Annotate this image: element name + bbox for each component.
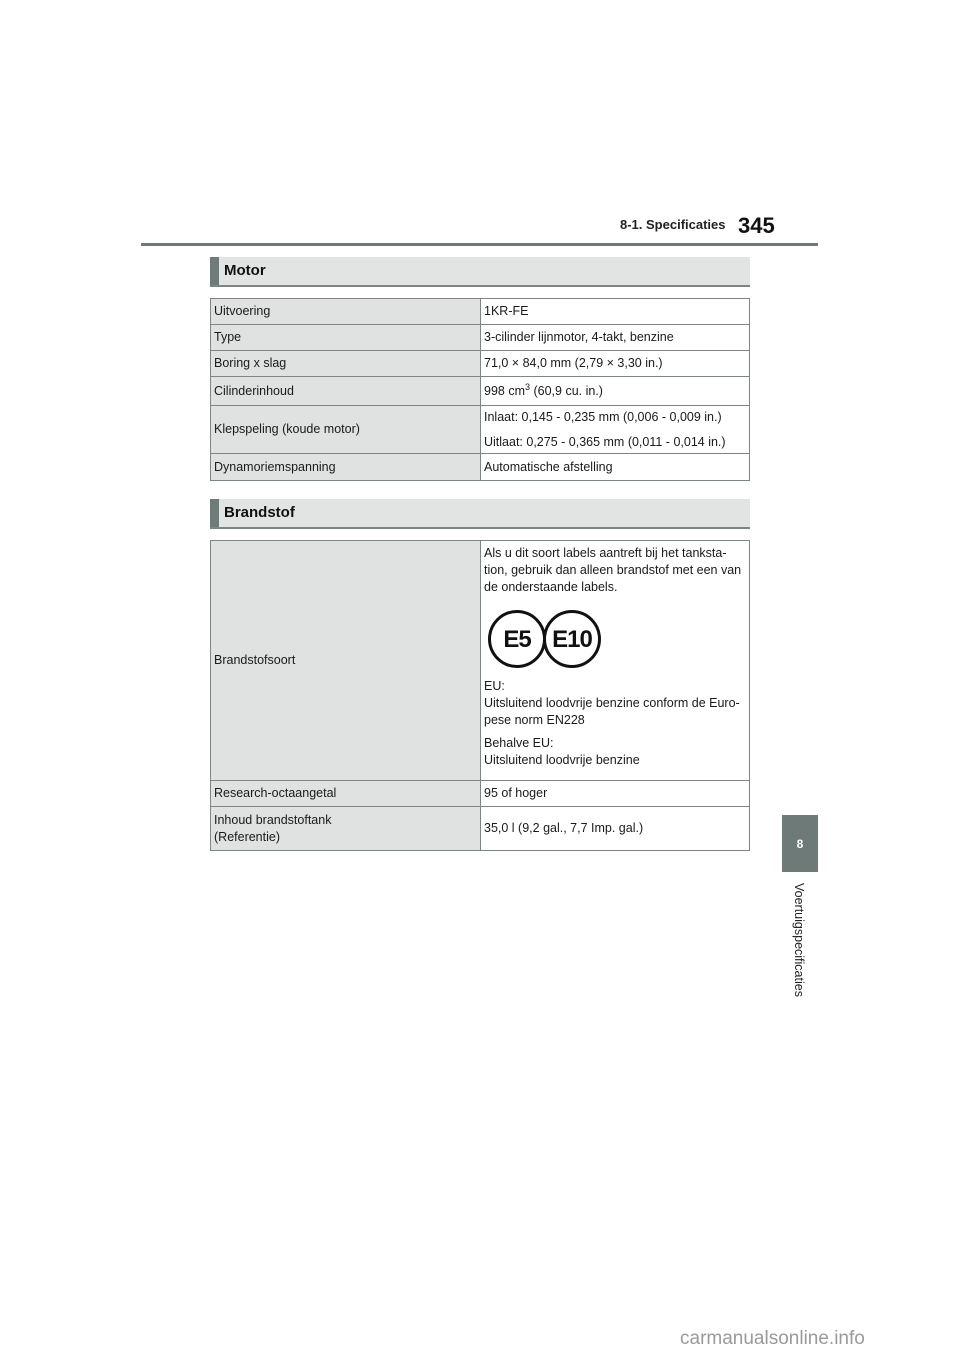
non-eu-heading: Behalve EU: (484, 735, 746, 752)
table-row: Klepspeling (koude motor) Inlaat: 0,145 … (211, 406, 750, 454)
spec-value: 95 of hoger (481, 781, 750, 807)
spec-label: Inhoud brandstoftank (Referentie) (211, 807, 481, 851)
table-row: Dynamoriemspanning Automatische afstelli… (211, 454, 750, 481)
table-row: Research-octaangetal 95 of hoger (211, 781, 750, 807)
table-row: Inhoud brandstoftank (Referentie) 35,0 l… (211, 807, 750, 851)
spec-value: 71,0 × 84,0 mm (2,79 × 3,30 in.) (481, 351, 750, 377)
eu-heading: EU: (484, 678, 746, 695)
spec-value: Inlaat: 0,145 - 0,235 mm (0,006 - 0,009 … (481, 406, 750, 454)
spec-value: 3-cilinder lijnmotor, 4-takt, benzine (481, 325, 750, 351)
section-heading-brandstof: Brandstof (210, 499, 750, 529)
spec-label: Type (211, 325, 481, 351)
spec-value: 1KR-FE (481, 299, 750, 325)
table-row: Type 3-cilinder lijnmotor, 4-takt, benzi… (211, 325, 750, 351)
label-line: (Referentie) (214, 829, 477, 846)
table-row: Boring x slag 71,0 × 84,0 mm (2,79 × 3,3… (211, 351, 750, 377)
table-row: Uitvoering 1KR-FE (211, 299, 750, 325)
section-accent-bar (210, 499, 219, 527)
chapter-tab[interactable]: 8 (782, 815, 818, 872)
spec-value: 998 cm3 (60,9 cu. in.) (481, 377, 750, 406)
fuel-labels: E5 E10 (488, 610, 746, 668)
spec-value: 35,0 l (9,2 gal., 7,7 Imp. gal.) (481, 807, 750, 851)
spec-label: Cilinderinhoud (211, 377, 481, 406)
spec-label: Brandstofsoort (211, 541, 481, 781)
fuel-label-e10-icon: E10 (543, 610, 601, 668)
section-accent-bar (210, 257, 219, 285)
section-title: Brandstof (224, 504, 295, 521)
motor-spec-table: Uitvoering 1KR-FE Type 3-cilinder lijnmo… (210, 298, 750, 481)
label-line: Inhoud brandstoftank (214, 812, 477, 829)
section-heading-motor: Motor (210, 257, 750, 287)
watermark: carmanualsonline.info (680, 1328, 865, 1350)
spec-label: Boring x slag (211, 351, 481, 377)
value-text: (60,9 cu. in.) (530, 384, 603, 398)
spec-label: Dynamoriemspanning (211, 454, 481, 481)
table-row: Cilinderinhoud 998 cm3 (60,9 cu. in.) (211, 377, 750, 406)
spec-value: Als u dit soort labels aantreft bij het … (481, 541, 750, 781)
value-line: Inlaat: 0,145 - 0,235 mm (0,006 - 0,009 … (484, 409, 746, 426)
value-text: 998 cm (484, 384, 525, 398)
table-row: Brandstofsoort Als u dit soort labels aa… (211, 541, 750, 781)
header-rule (141, 243, 818, 246)
eu-text: Uitsluitend loodvrije benzine conform de… (484, 695, 746, 729)
spec-label: Uitvoering (211, 299, 481, 325)
non-eu-text: Uitsluitend loodvrije benzine (484, 752, 746, 769)
chapter-tab-label: Voertuigspecificaties (792, 883, 806, 997)
spec-value: Automatische afstelling (481, 454, 750, 481)
value-line: Uitlaat: 0,275 - 0,365 mm (0,011 - 0,014… (484, 434, 746, 451)
fuel-label-e5-icon: E5 (488, 610, 546, 668)
fuel-spec-table: Brandstofsoort Als u dit soort labels aa… (210, 540, 750, 851)
section-title: Motor (224, 262, 266, 279)
running-header-section: 8-1. Specificaties (620, 217, 726, 232)
spec-label: Research-octaangetal (211, 781, 481, 807)
spec-label: Klepspeling (koude motor) (211, 406, 481, 454)
page-number: 345 (738, 213, 775, 239)
fuel-intro-text: Als u dit soort labels aantreft bij het … (484, 545, 746, 596)
